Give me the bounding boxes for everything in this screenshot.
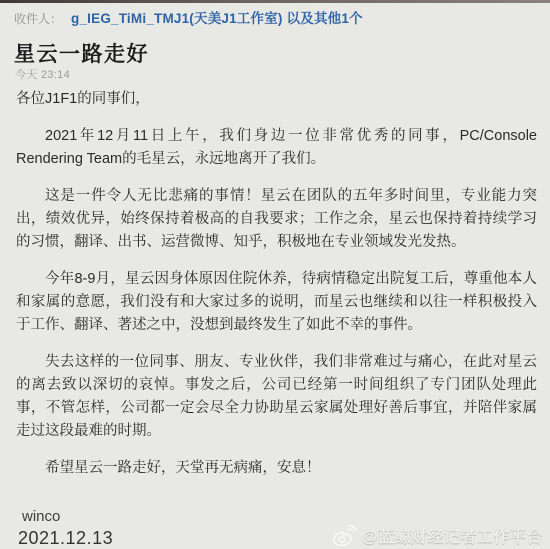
email-subject: 星云一路走好 [14,38,149,68]
body-paragraph: 2021年12月11日上午，我们身边一位非常优秀的同事，PC/Console R… [16,125,537,171]
closing-line: 希望星云一路走好，天堂再无病痛，安息！ [16,457,537,480]
email-body: 各位J1F1的同事们， 2021年12月11日上午，我们身边一位非常优秀的同事，… [16,88,537,494]
recipient-link[interactable]: g_IEG_TiMi_TMJ1(天美J1工作室) 以及其他1个 [71,7,363,27]
recipient-label: 收件人： [14,10,62,27]
body-paragraph: 这是一件令人无比悲痛的事情！星云在团队的五年多时间里，专业能力突出，绩效优异，始… [16,185,537,254]
body-paragraph: 今年8-9月，星云因身体原因住院休养，待病情稳定出院复工后，尊重他本人和家属的意… [16,268,537,337]
signature-date: 2021.12.13 [18,527,113,549]
watermark: @蓝鲸财经记者工作平台 [332,524,543,547]
signature-name: winco [22,506,113,527]
email-timestamp: 今天 23:14 [15,66,70,82]
greeting-line: 各位J1F1的同事们， [16,88,537,111]
photo-top-edge [0,0,550,3]
body-paragraph: 失去这样的一位同事、朋友、专业伙伴，我们非常难过与痛心，在此对星云的离去致以深切… [16,351,537,443]
signature-block: winco 2021.12.13 [18,506,113,549]
watermark-text: @蓝鲸财经记者工作平台 [362,524,543,547]
recipient-row: 收件人： g_IEG_TiMi_TMJ1(天美J1工作室) 以及其他1个 [14,7,542,27]
email-memo-screenshot: 收件人： g_IEG_TiMi_TMJ1(天美J1工作室) 以及其他1个 星云一… [0,0,550,549]
weibo-icon [332,525,357,547]
